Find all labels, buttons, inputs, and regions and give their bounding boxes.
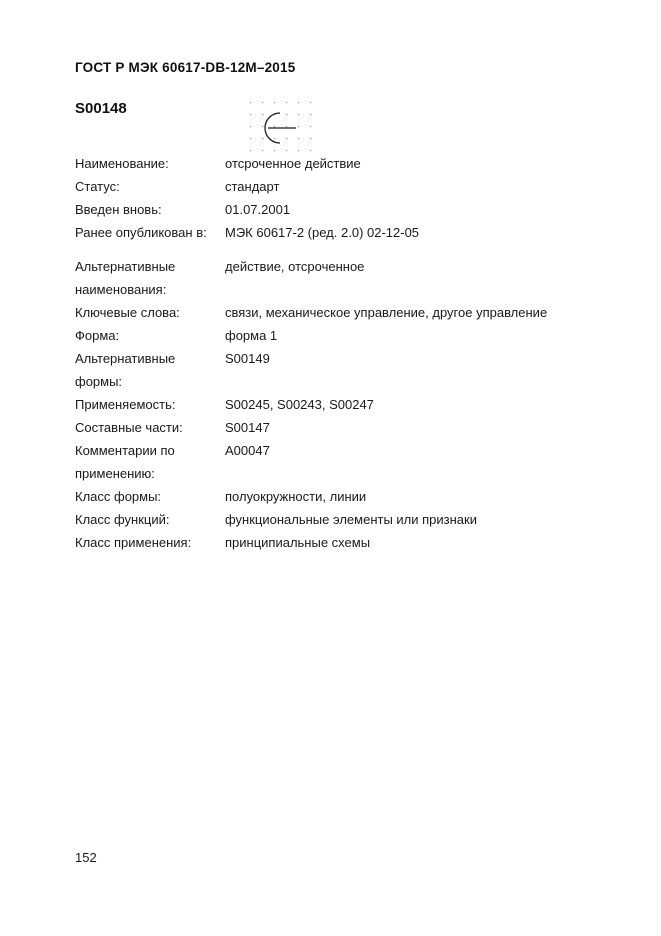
field-label: Составные части: [75,416,225,439]
field-label: Статус: [75,175,225,198]
field-label: Альтернативные наименования: [75,255,225,301]
field-value: принципиальные схемы [225,531,605,554]
field-label: Форма: [75,324,225,347]
field-value: S00245, S00243, S00247 [225,393,605,416]
field-label: Наименование: [75,152,225,175]
symbol-grid-dots [249,101,312,152]
field-row-form: Форма: форма 1 [75,324,605,347]
field-value: связи, механическое управление, другое у… [225,301,605,324]
field-value: A00047 [225,439,605,462]
field-row-application-comments: Комментарии по применению: A00047 [75,439,605,485]
field-label: Класс формы: [75,485,225,508]
field-label: Комментарии по применению: [75,439,225,485]
field-row-alternative-forms: Альтернативные формы: S00149 [75,347,605,393]
field-row-reintroduced: Введен вновь: 01.07.2001 [75,198,605,221]
field-label: Ранее опубликован в: [75,221,225,244]
symbol-id-heading: S00148 [75,100,127,117]
field-row-shape-class: Класс формы: полуокружности, линии [75,485,605,508]
field-row-components: Составные части: S00147 [75,416,605,439]
field-row-function-class: Класс функций: функциональные элементы и… [75,508,605,531]
field-label: Альтернативные формы: [75,347,225,393]
field-value: полуокружности, линии [225,485,605,508]
field-label: Класс применения: [75,531,225,554]
field-value: стандарт [225,175,605,198]
field-row-previously-published: Ранее опубликован в: МЭК 60617-2 (ред. 2… [75,221,605,244]
field-value: действие, отсроченное [225,255,605,278]
field-row-application-class: Класс применения: принципиальные схемы [75,531,605,554]
field-row-alternative-names: Альтернативные наименования: действие, о… [75,255,605,301]
field-label: Введен вновь: [75,198,225,221]
field-row-applicability: Применяемость: S00245, S00243, S00247 [75,393,605,416]
field-value: 01.07.2001 [225,198,605,221]
field-value: функциональные элементы или признаки [225,508,605,531]
page-number: 152 [75,850,97,866]
field-value: МЭК 60617-2 (ред. 2.0) 02-12-05 [225,221,605,244]
field-row-name: Наименование: отсроченное действие [75,152,605,175]
field-label: Ключевые слова: [75,301,225,324]
field-value: S00149 [225,347,605,370]
field-label: Класс функций: [75,508,225,531]
symbol-graphic [244,96,316,156]
delayed-action-symbol-icon [244,96,316,156]
field-row-keywords: Ключевые слова: связи, механическое упра… [75,301,605,324]
field-value: S00147 [225,416,605,439]
field-value: форма 1 [225,324,605,347]
field-value: отсроченное действие [225,152,605,175]
properties-list: Наименование: отсроченное действие Стату… [75,152,605,554]
field-row-status: Статус: стандарт [75,175,605,198]
document-title: ГОСТ Р МЭК 60617-DB-12M–2015 [75,60,295,75]
field-label: Применяемость: [75,393,225,416]
